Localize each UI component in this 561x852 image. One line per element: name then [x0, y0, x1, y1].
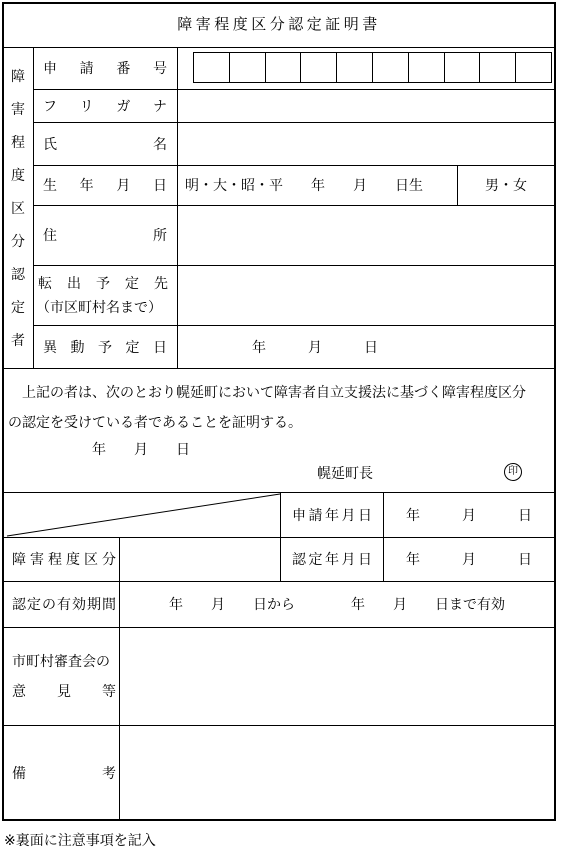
application-date-label-cell: 申請年月日 — [292, 492, 372, 537]
moveout-label-cell: 転出予定先 （市区町村名まで） — [36, 265, 170, 325]
category-value-cell — [119, 537, 280, 581]
certificate-form: 障害程度区分認定証明書 障害程度区分認定者 申請番号 フリガナ 氏名 生年月日 … — [0, 0, 561, 852]
remarks-label: 備考 — [12, 763, 116, 783]
application-number-box — [408, 53, 444, 82]
furigana-label-cell: フリガナ — [43, 89, 167, 122]
divider — [280, 492, 281, 581]
category-label: 障害程度区分 — [12, 549, 116, 569]
statement-line2: の認定を受けている者であることを証明する。 — [8, 407, 302, 437]
remarks-label-cell: 備考 — [12, 725, 116, 820]
movedate-label: 異動予定日 — [43, 337, 167, 357]
application-date-value: 年 月 日 — [383, 492, 555, 537]
application-number-label-cell: 申請番号 — [43, 47, 167, 89]
validity-label-cell: 認定の有効期間 — [12, 581, 116, 627]
application-number-box — [479, 53, 515, 82]
statement-signer: 幌延町長 — [317, 458, 373, 488]
application-number-boxes — [193, 52, 552, 83]
application-date-label: 申請年月日 — [292, 505, 372, 525]
name-label: 氏名 — [43, 134, 167, 154]
name-label-cell: 氏名 — [43, 122, 167, 165]
application-number-box — [265, 53, 301, 82]
application-number-box — [515, 53, 551, 82]
application-number-box — [372, 53, 408, 82]
application-number-box — [300, 53, 336, 82]
moveout-label: 転出予定先 — [38, 273, 168, 293]
movedate-value: 年 月 日 — [252, 325, 552, 368]
moveout-value-cell — [177, 265, 555, 325]
application-number-box — [444, 53, 480, 82]
form-title: 障害程度区分認定証明書 — [3, 3, 555, 47]
application-number-box — [194, 53, 229, 82]
address-label: 住所 — [43, 225, 167, 245]
moveout-label-note: （市区町村名まで） — [36, 297, 170, 317]
remarks-value-cell — [119, 725, 555, 820]
movedate-label-cell: 異動予定日 — [43, 325, 167, 368]
side-vertical-label: 障害程度区分認定者 — [3, 47, 33, 368]
gender-cell: 男・女 — [457, 165, 555, 205]
application-number-box — [336, 53, 372, 82]
category-label-cell: 障害程度区分 — [12, 537, 116, 581]
footnote: ※裏面に注意事項を記入 — [4, 830, 156, 850]
statement-date: 年 月 日 — [92, 434, 190, 464]
name-value-cell — [177, 122, 555, 165]
committee-label-cell: 市町村審査会の 意見等 — [12, 627, 116, 725]
certification-date-value: 年 月 日 — [383, 537, 555, 581]
address-value-cell — [177, 205, 555, 265]
furigana-label: フリガナ — [43, 96, 167, 116]
certification-date-label-cell: 認定年月日 — [292, 537, 372, 581]
divider — [3, 368, 555, 369]
seal-icon: 印 — [504, 463, 522, 481]
furigana-value-cell — [177, 89, 555, 122]
statement-line1: 上記の者は、次のとおり幌延町において障害者自立支援法に基づく障害程度区分 — [8, 377, 526, 407]
birthdate-label: 生年月日 — [43, 175, 167, 195]
committee-value-cell — [119, 627, 555, 725]
application-number-box — [229, 53, 265, 82]
committee-label-line1: 市町村審査会の — [12, 646, 116, 676]
validity-label: 認定の有効期間 — [12, 594, 116, 614]
birthdate-label-cell: 生年月日 — [43, 165, 167, 205]
certification-date-label: 認定年月日 — [292, 549, 372, 569]
divider — [33, 47, 34, 368]
birthdate-value: 明・大・昭・平 年 月 日生 — [185, 165, 455, 205]
application-number-label: 申請番号 — [43, 58, 167, 78]
diagonal-strike — [3, 492, 280, 537]
address-label-cell: 住所 — [43, 205, 167, 265]
validity-value: 年 月 日から 年 月 日まで有効 — [119, 581, 555, 627]
committee-label-line2: 意見等 — [12, 676, 116, 706]
